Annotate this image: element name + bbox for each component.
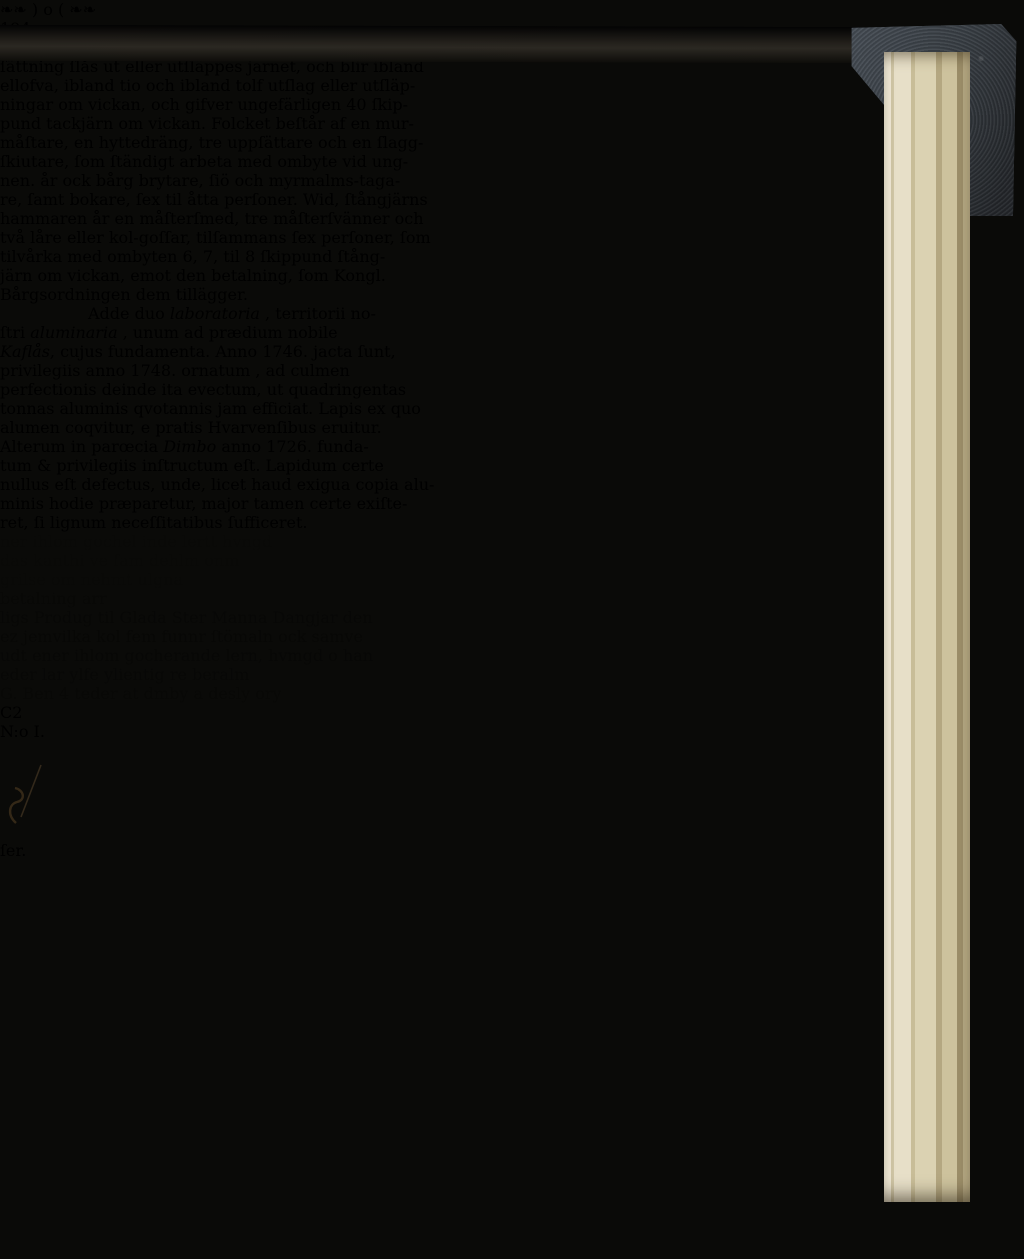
bleedthrough-line: das kanthi ve fam dehlm onm — [0, 551, 280, 570]
text-line: hammaren år en måſterſmed, tre måſterſvä… — [0, 209, 1024, 228]
text-line: pund tackjärn om vickan. Folcket beſtår … — [0, 114, 1024, 133]
bleedthrough-line: ez jemvilka kol fem funnr ſtömaln ock sa… — [0, 627, 650, 646]
text-line: Alterum in parœcia Dimbo anno 1726. fund… — [0, 437, 1024, 456]
text-line: ret, ſi lignum neceſſitatibus ſufficeret… — [0, 513, 1024, 532]
handwritten-note: ſer. — [0, 841, 1024, 860]
book-page: ❧❧ ) o ( ❧❧ 194 ſom år om vickan ſiuttio… — [0, 0, 1024, 759]
text-line: ſtri aluminaria , unum ad prædium nobile — [0, 323, 1024, 342]
bleedthrough-line: grilse om nehmt ulgna — [0, 570, 250, 589]
bleedthrough-line: udt ener ihlom gocherande lern, hvmgd o … — [0, 646, 620, 665]
handwritten-mark — [0, 759, 46, 837]
bleedthrough-line: ner ihlom gochel inde lertt hvngd — [0, 532, 300, 551]
signature-letter: C — [0, 703, 12, 722]
book-photograph: ❧❧ ) o ( ❧❧ 194 ſom år om vickan ſiuttio… — [0, 0, 1024, 1259]
text-line: minis hodie præparetur, major tamen cert… — [0, 494, 1024, 513]
book-top-edge — [0, 25, 900, 63]
issue-number: N:o I. — [0, 722, 1024, 741]
page-stack-edges — [884, 52, 970, 1202]
text-line: ningar om vickan, och gifver ungefärlige… — [0, 95, 1024, 114]
bleedthrough-line: G. Ben 4 teder at dmby a desly ory — [0, 684, 570, 703]
bleedthrough-line: betalning arr — [0, 589, 390, 608]
fleuron-icon: ❧❧ — [69, 0, 96, 19]
text-line: Bårgsordningen dem tillägger. — [0, 285, 1024, 304]
text-line: Kaflås, cujus fundamenta. Anno 1746. jac… — [0, 342, 1024, 361]
text-line: nullus eſt defectus, unde, licet haud ex… — [0, 475, 1024, 494]
signature-number: 2 — [12, 703, 22, 722]
text-line: alumen coqvitur, e pratis Hvarvenſibus e… — [0, 418, 1024, 437]
text-line: tum & privilegiis inſtructum eſt. Lapidu… — [0, 456, 1024, 475]
ornament-braces: ) o ( — [32, 0, 64, 19]
header-ornament: ❧❧ ) o ( ❧❧ — [0, 0, 1024, 19]
text-line: privilegiis anno 1748. ornatum , ad culm… — [0, 361, 1024, 380]
text-line: Adde duo laboratoria , territorii no- — [0, 304, 1024, 323]
text-block: ſom år om vickan ſiuttio ſättningar. På … — [0, 38, 1024, 532]
text-line: re, ſamt bokare, ſex til åtta perſoner. … — [0, 190, 1024, 209]
text-line: tonnas aluminis qvotannis jam efficiat. … — [0, 399, 1024, 418]
bleedthrough-line: eder lar ylfe ylientig re beralm — [0, 665, 440, 684]
text-line: två låre eller kol-goſſar, tilſammans ſe… — [0, 228, 1024, 247]
folded-page-corner — [878, 50, 988, 100]
text-line: tilvårka med ombyten 6, 7, til 8 ſkippun… — [0, 247, 1024, 266]
signature-mark: C2 — [0, 703, 1024, 722]
text-line: järn om vickan, emot den betalning, ſom … — [0, 266, 1024, 285]
bleedthrough-text: ner ihlom gochel inde lertt hvngddas kan… — [0, 532, 1024, 703]
bleedthrough-line: ligs Produg til Glada Ster Manna Dangjar… — [0, 608, 640, 627]
text-line: nen. år ock bårg brytare, ſiö och myrmal… — [0, 171, 1024, 190]
text-line: ſkiutare, ſom ſtändigt arbeta med ombyte… — [0, 152, 1024, 171]
text-line: måſtare, en hyttedräng, tre uppſättare o… — [0, 133, 1024, 152]
text-line: perfectionis deinde ita evectum, ut quad… — [0, 380, 1024, 399]
fleuron-icon: ❧❧ — [0, 0, 27, 19]
